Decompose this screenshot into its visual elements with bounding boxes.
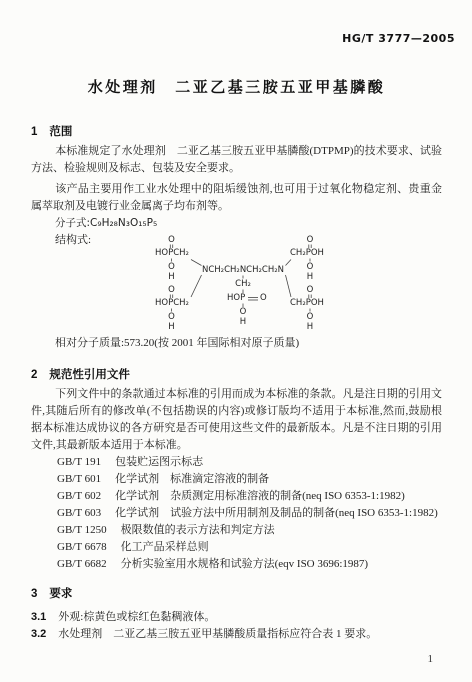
reference-title: 包装贮运图示标志 (115, 456, 203, 468)
reference-code: GB/T 6678 (57, 541, 107, 553)
standard-code: HG/T 3777—2005 (342, 32, 455, 45)
section3-heading: 3要求 (31, 585, 442, 601)
reference-title: 分析实验室用水规格和试验方法(eqv ISO 3696:1987) (121, 558, 369, 570)
page-number: 1 (428, 653, 434, 665)
document-page: HG/T 3777—2005 水处理剂 二亚乙基三胺五亚甲基膦酸 1范围 本标准… (0, 0, 472, 682)
reference-code: GB/T 1250 (57, 524, 107, 536)
atom-o: O (168, 312, 175, 322)
requirement-text: 外观:棕黄色或棕红色黏稠液体。 (58, 611, 215, 623)
scope-paragraph-2: 该产品主要用作工业水处理中的阻垢缓蚀剂,也可用于过氧化物稳定剂、贵重金属萃取剂及… (31, 181, 442, 215)
atom-o: O (260, 293, 267, 303)
reference-code: GB/T 603 (57, 507, 101, 519)
scope-paragraph-1: 本标准规定了水处理剂 二亚乙基三胺五亚甲基膦酸(DTPMP)的技术要求、试验方法… (31, 143, 442, 177)
atom-h: H (307, 272, 313, 282)
group-hop: HOP (227, 293, 245, 303)
atom-o: O (307, 312, 314, 322)
section3-title: 要求 (49, 588, 72, 600)
requirement-item: 3.2水处理剂 二亚乙基三胺五亚甲基膦酸质量指标应符合表 1 要求。 (31, 626, 442, 643)
requirement-number: 3.2 (31, 628, 46, 640)
group-ch2poh: CH₂POH (290, 298, 324, 308)
reference-item: GB/T 1250极限数值的表示方法和判定方法 (31, 522, 442, 539)
atom-o: O (240, 307, 247, 317)
reference-title: 极限数值的表示方法和判定方法 (121, 524, 275, 536)
reference-title: 化工产品采样总则 (121, 541, 209, 553)
group-hopch2: HOPCH₂ (155, 298, 189, 308)
structural-formula-diagram: O HOPCH₂ O H O HOPCH₂ O H NCH₂CH₂NCH₂CH₂… (150, 235, 360, 333)
atom-o: O (307, 235, 314, 245)
reference-item: GB/T 6682分析实验室用水规格和试验方法(eqv ISO 3696:198… (31, 556, 442, 573)
group-hopch2: HOPCH₂ (155, 248, 189, 258)
reference-title: 化学试剂 标准滴定溶液的制备 (115, 473, 269, 485)
references-intro: 下列文件中的条款通过本标准的引用而成为本标准的条款。凡是注日期的引用文件,其随后… (31, 386, 442, 454)
reference-code: GB/T 6682 (57, 558, 107, 570)
atom-h: H (168, 322, 174, 332)
section1-title: 范围 (49, 126, 72, 138)
section3-number: 3 (31, 588, 37, 600)
molar-mass-line: 相对分子质量:573.20(按 2001 年国际相对原子质量) (31, 335, 442, 352)
atom-h: H (307, 322, 313, 332)
requirement-number: 3.1 (31, 611, 46, 623)
section2-title: 规范性引用文件 (49, 369, 130, 381)
reference-item: GB/T 603化学试剂 试验方法中所用制剂及制品的制备(neq ISO 635… (31, 505, 442, 522)
reference-code: GB/T 191 (57, 456, 101, 468)
requirement-item: 3.1外观:棕黄色或棕红色黏稠液体。 (31, 609, 442, 626)
reference-item: GB/T 191包装贮运图示标志 (31, 454, 442, 471)
molecular-formula-line: 分子式:C₉H₂₈N₃O₁₅P₅ (31, 215, 442, 232)
atom-o: O (307, 285, 314, 295)
section2-number: 2 (31, 369, 37, 381)
group-ch2: CH₂ (235, 279, 251, 289)
atom-o: O (307, 262, 314, 272)
reference-code: GB/T 602 (57, 490, 101, 502)
reference-item: GB/T 602化学试剂 杂质测定用标准溶液的制备(neq ISO 6353-1… (31, 488, 442, 505)
atom-o: O (168, 235, 175, 245)
section1-heading: 1范围 (31, 123, 442, 139)
group-ch2poh: CH₂POH (290, 248, 324, 258)
atom-o: O (168, 285, 175, 295)
section2-heading: 2规范性引用文件 (31, 366, 442, 382)
reference-item: GB/T 601化学试剂 标准滴定溶液的制备 (31, 471, 442, 488)
reference-code: GB/T 601 (57, 473, 101, 485)
atom-o: O (168, 262, 175, 272)
atom-h: H (168, 272, 174, 282)
atom-h: H (240, 317, 246, 327)
page-content: 水处理剂 二亚乙基三胺五亚甲基膦酸 1范围 本标准规定了水处理剂 二亚乙基三胺五… (0, 0, 472, 643)
reference-title: 化学试剂 杂质测定用标准溶液的制备(neq ISO 6353-1:1982) (115, 490, 405, 502)
reference-title: 化学试剂 试验方法中所用制剂及制品的制备(neq ISO 6353-1:1982… (115, 507, 438, 519)
requirement-text: 水处理剂 二亚乙基三胺五亚甲基膦酸质量指标应符合表 1 要求。 (58, 628, 377, 640)
backbone-chain: NCH₂CH₂NCH₂CH₂N (202, 265, 284, 275)
document-title: 水处理剂 二亚乙基三胺五亚甲基膦酸 (31, 0, 442, 97)
reference-item: GB/T 6678化工产品采样总则 (31, 539, 442, 556)
section1-number: 1 (31, 126, 37, 138)
